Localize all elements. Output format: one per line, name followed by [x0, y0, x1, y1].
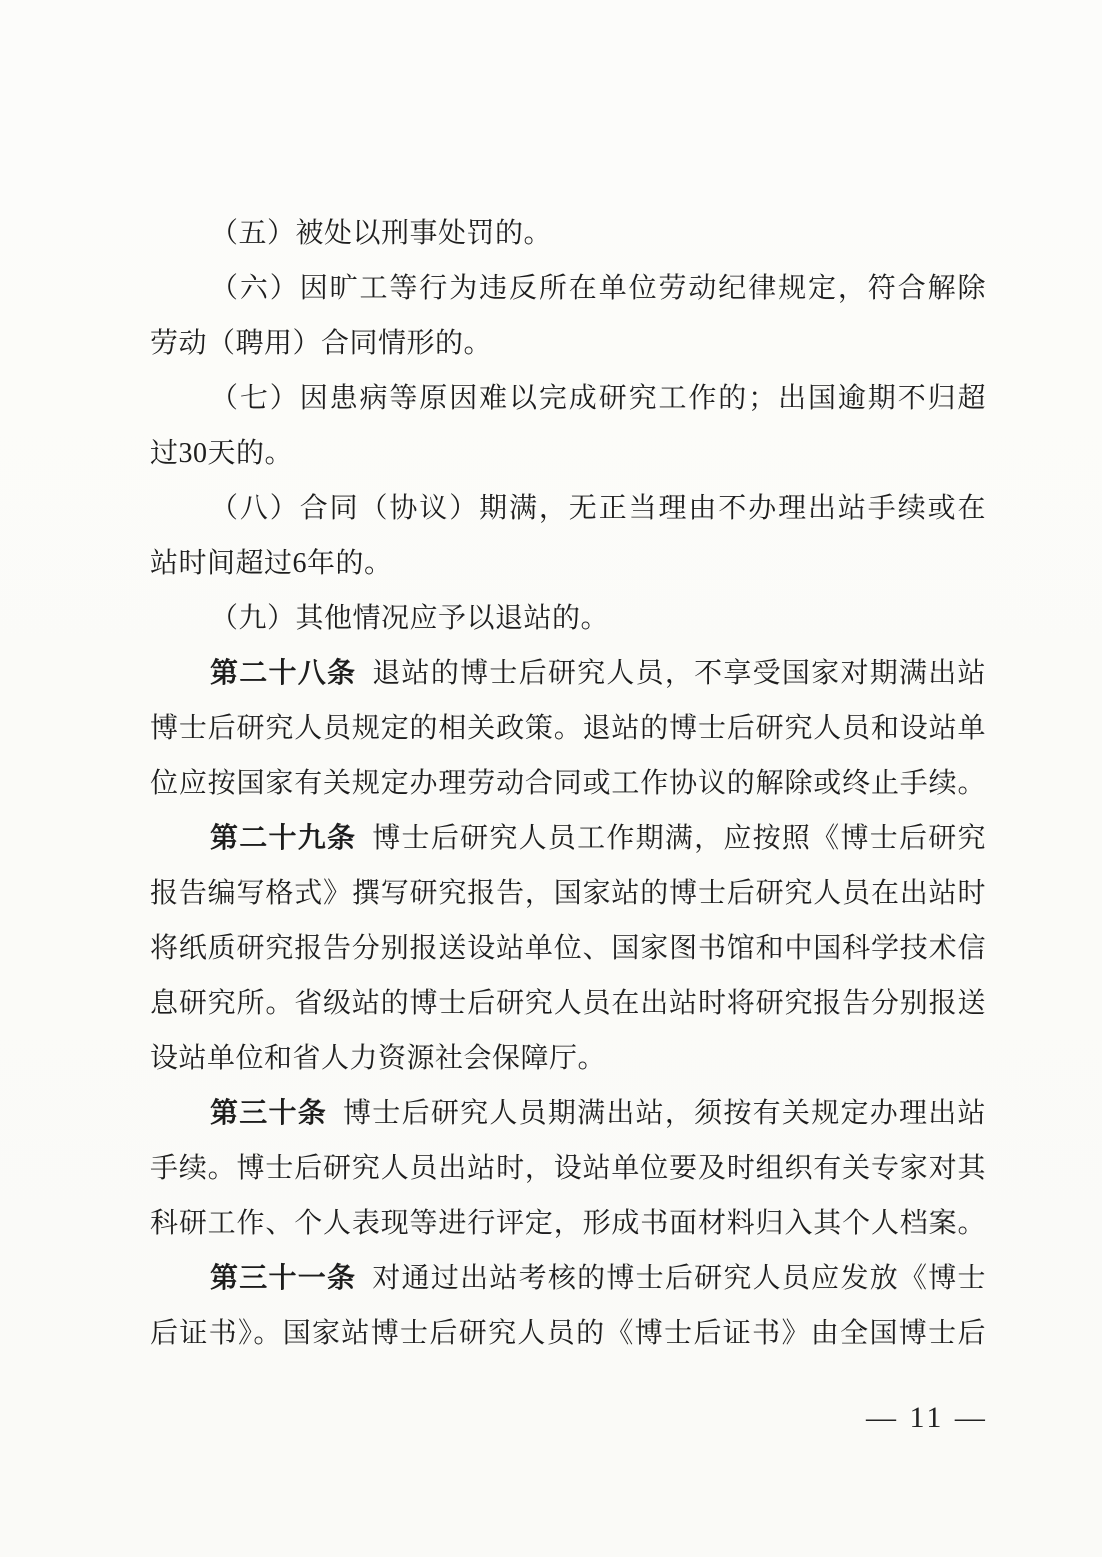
line-text: 退站的博士后研究人员，不享受国家对期满出站	[372, 658, 986, 689]
line-text: 位应按国家有关规定办理劳动合同或工作协议的解除或终止手续。	[150, 768, 986, 799]
line-text: 博士后研究人员规定的相关政策。退站的博士后研究人员和设站单	[150, 713, 986, 744]
text-line: （八）合同（协议）期满，无正当理由不办理出站手续或在	[150, 481, 986, 536]
line-text: （八）合同（协议）期满，无正当理由不办理出站手续或在	[210, 493, 986, 524]
line-text: 手续。博士后研究人员出站时，设站单位要及时组织有关专家对其	[150, 1153, 986, 1184]
line-text: （六）因旷工等行为违反所在单位劳动纪律规定，符合解除	[210, 273, 986, 304]
line-text: 将纸质研究报告分别报送设站单位、国家图书馆和中国科学技术信	[150, 933, 986, 964]
line-text: 过30天的。	[150, 438, 293, 469]
text-line-article-30: 第三十条博士后研究人员期满出站，须按有关规定办理出站	[150, 1086, 986, 1141]
line-text: 报告编写格式》撰写研究报告，国家站的博士后研究人员在出站时	[150, 878, 986, 909]
line-text: 劳动（聘用）合同情形的。	[150, 328, 492, 359]
text-line: （九）其他情况应予以退站的。	[150, 591, 986, 646]
line-text: 对通过出站考核的博士后研究人员应发放《博士	[372, 1263, 986, 1294]
line-text: （九）其他情况应予以退站的。	[210, 603, 609, 634]
text-line: 手续。博士后研究人员出站时，设站单位要及时组织有关专家对其	[150, 1141, 986, 1196]
line-text: 后证书》。国家站博士后研究人员的《博士后证书》由全国博士后	[150, 1318, 986, 1349]
text-line: 站时间超过6年的。	[150, 536, 986, 591]
text-line: （五）被处以刑事处罚的。	[150, 206, 986, 261]
text-line: 设站单位和省人力资源社会保障厅。	[150, 1031, 986, 1086]
line-text: 息研究所。省级站的博士后研究人员在出站时将研究报告分别报送	[150, 988, 986, 1019]
article-number: 第三十一条	[210, 1263, 356, 1294]
text-line: 博士后研究人员规定的相关政策。退站的博士后研究人员和设站单	[150, 701, 986, 756]
line-text: 博士后研究人员工作期满，应按照《博士后研究	[372, 823, 986, 854]
text-line-article-29: 第二十九条博士后研究人员工作期满，应按照《博士后研究	[150, 811, 986, 866]
text-line: 报告编写格式》撰写研究报告，国家站的博士后研究人员在出站时	[150, 866, 986, 921]
article-number: 第二十九条	[210, 823, 356, 854]
article-number: 第二十八条	[210, 658, 356, 689]
document-body: （五）被处以刑事处罚的。 （六）因旷工等行为违反所在单位劳动纪律规定，符合解除 …	[150, 206, 986, 1361]
line-text: 科研工作、个人表现等进行评定，形成书面材料归入其个人档案。	[150, 1208, 986, 1239]
text-line: 位应按国家有关规定办理劳动合同或工作协议的解除或终止手续。	[150, 756, 986, 811]
line-text: （五）被处以刑事处罚的。	[210, 218, 552, 249]
line-text: 设站单位和省人力资源社会保障厅。	[150, 1043, 606, 1074]
page-number: — 11 —	[866, 1396, 988, 1440]
text-line-article-31: 第三十一条对通过出站考核的博士后研究人员应发放《博士	[150, 1251, 986, 1306]
line-text: 博士后研究人员期满出站，须按有关规定办理出站	[343, 1098, 986, 1129]
line-text: （七）因患病等原因难以完成研究工作的；出国逾期不归超	[210, 383, 986, 414]
text-line: 将纸质研究报告分别报送设站单位、国家图书馆和中国科学技术信	[150, 921, 986, 976]
text-line: （七）因患病等原因难以完成研究工作的；出国逾期不归超	[150, 371, 986, 426]
text-line: 息研究所。省级站的博士后研究人员在出站时将研究报告分别报送	[150, 976, 986, 1031]
article-number: 第三十条	[210, 1098, 327, 1129]
text-line: 后证书》。国家站博士后研究人员的《博士后证书》由全国博士后	[150, 1306, 986, 1361]
text-line: 过30天的。	[150, 426, 986, 481]
text-line-article-28: 第二十八条退站的博士后研究人员，不享受国家对期满出站	[150, 646, 986, 701]
text-line: 科研工作、个人表现等进行评定，形成书面材料归入其个人档案。	[150, 1196, 986, 1251]
line-text: 站时间超过6年的。	[150, 548, 393, 579]
text-line: （六）因旷工等行为违反所在单位劳动纪律规定，符合解除	[150, 261, 986, 316]
text-line: 劳动（聘用）合同情形的。	[150, 316, 986, 371]
